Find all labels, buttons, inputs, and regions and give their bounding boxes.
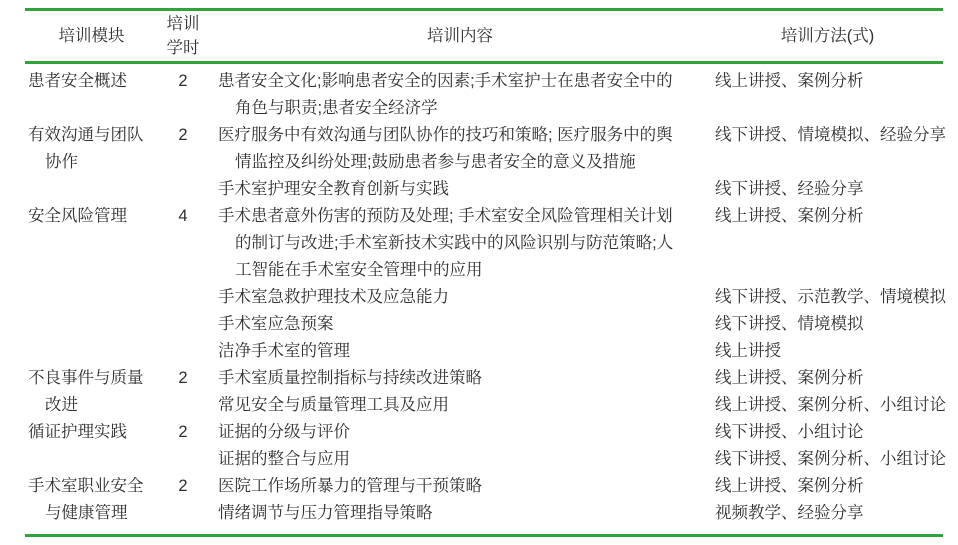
hours-cell: 2: [158, 122, 208, 149]
content-item-row: 常见安全与质量管理工具及应用线上讲授、案例分析、小组讨论: [208, 392, 943, 419]
content-line: 工智能在手术室安全管理中的应用: [218, 257, 712, 284]
table-header-row: 培训模块 培训 学时 培训内容 培训方法(式): [25, 11, 943, 61]
module-items: 手术室质量控制指标与持续改进策略线上讲授、案例分析常见安全与质量管理工具及应用线…: [208, 365, 943, 419]
content-item-row: 手术室质量控制指标与持续改进策略线上讲授、案例分析: [208, 365, 943, 392]
method-cell: 线下讲授、示范教学、情境模拟: [712, 284, 943, 311]
content-cell: 医疗服务中有效沟通与团队协作的技巧和策略; 医疗服务中的舆情监控及纠纷处理;鼓励…: [208, 122, 712, 176]
table-bottom-rule: [25, 534, 943, 537]
col-header-module: 培训模块: [25, 24, 158, 48]
module-name-line: 与健康管理: [28, 500, 158, 527]
content-item-row: 医疗服务中有效沟通与团队协作的技巧和策略; 医疗服务中的舆情监控及纠纷处理;鼓励…: [208, 122, 943, 176]
module-row: 患者安全概述2患者安全文化;影响患者安全的因素;手术室护士在患者安全中的角色与职…: [25, 68, 943, 122]
col-header-content: 培训内容: [208, 24, 712, 48]
module-cell: 手术室职业安全与健康管理: [25, 473, 158, 527]
method-value: 线下讲授、情境模拟、经验分享: [715, 122, 943, 149]
content-line: 手术室质量控制指标与持续改进策略: [218, 365, 712, 392]
col-header-content-label: 培训内容: [427, 24, 493, 48]
module-name-line: 安全风险管理: [28, 203, 158, 230]
method-value: 线上讲授、案例分析: [715, 203, 943, 230]
content-line: 常见安全与质量管理工具及应用: [218, 392, 712, 419]
method-value: 线上讲授、案例分析: [715, 365, 943, 392]
method-cell: 线下讲授、经验分享: [712, 176, 943, 203]
method-cell: 线上讲授、案例分析、小组讨论: [712, 392, 943, 419]
method-cell: 线上讲授、案例分析: [712, 365, 943, 392]
content-item-row: 证据的整合与应用线下讲授、案例分析、小组讨论: [208, 446, 943, 473]
module-name-line: 有效沟通与团队: [28, 122, 158, 149]
hours-cell: 2: [158, 419, 208, 446]
content-item-row: 洁净手术室的管理线上讲授: [208, 338, 943, 365]
module-items: 手术患者意外伤害的预防及处理; 手术室安全风险管理相关计划的制订与改进;手术室新…: [208, 203, 943, 365]
content-cell: 手术室急救护理技术及应急能力: [208, 284, 712, 311]
module-row: 不良事件与质量改进2手术室质量控制指标与持续改进策略线上讲授、案例分析常见安全与…: [25, 365, 943, 419]
content-cell: 手术室质量控制指标与持续改进策略: [208, 365, 712, 392]
hours-value: 2: [158, 473, 208, 500]
module-cell: 不良事件与质量改进: [25, 365, 158, 419]
content-cell: 证据的分级与评价: [208, 419, 712, 446]
method-value: 线下讲授、经验分享: [715, 176, 943, 203]
method-cell: 线上讲授、案例分析: [712, 203, 943, 230]
method-cell: 线下讲授、案例分析、小组讨论: [712, 446, 943, 473]
content-cell: 手术室护理安全教育创新与实践: [208, 176, 712, 203]
content-cell: 证据的整合与应用: [208, 446, 712, 473]
hours-cell: 2: [158, 473, 208, 500]
hours-value: 2: [158, 68, 208, 95]
module-row: 安全风险管理4手术患者意外伤害的预防及处理; 手术室安全风险管理相关计划的制订与…: [25, 203, 943, 365]
module-name-line: 协作: [28, 149, 158, 176]
module-name-line: 手术室职业安全: [28, 473, 158, 500]
method-cell: 视频教学、经验分享: [712, 500, 943, 527]
module-row: 手术室职业安全与健康管理2医院工作场所暴力的管理与干预策略线上讲授、案例分析情绪…: [25, 473, 943, 527]
content-line: 手术室应急预案: [218, 311, 712, 338]
content-cell: 患者安全文化;影响患者安全的因素;手术室护士在患者安全中的角色与职责;患者安全经…: [208, 68, 712, 122]
hours-value: 4: [158, 203, 208, 230]
hours-value: 2: [158, 365, 208, 392]
module-name-line: 患者安全概述: [28, 68, 158, 95]
col-header-method: 培训方法(式): [712, 24, 943, 48]
method-cell: 线下讲授、情境模拟: [712, 311, 943, 338]
content-line: 情监控及纠纷处理;鼓励患者参与患者安全的意义及措施: [218, 149, 712, 176]
content-line: 证据的分级与评价: [218, 419, 712, 446]
content-item-row: 手术室护理安全教育创新与实践线下讲授、经验分享: [208, 176, 943, 203]
content-item-row: 情绪调节与压力管理指导策略视频教学、经验分享: [208, 500, 943, 527]
module-cell: 循证护理实践: [25, 419, 158, 446]
module-items: 证据的分级与评价线下讲授、小组讨论证据的整合与应用线下讲授、案例分析、小组讨论: [208, 419, 943, 473]
module-cell: 安全风险管理: [25, 203, 158, 230]
hours-cell: 2: [158, 365, 208, 392]
method-value: 线下讲授、小组讨论: [715, 419, 943, 446]
module-row: 有效沟通与团队协作2医疗服务中有效沟通与团队协作的技巧和策略; 医疗服务中的舆情…: [25, 122, 943, 203]
col-header-module-label: 培训模块: [59, 24, 125, 48]
module-cell: 患者安全概述: [25, 68, 158, 95]
content-item-row: 手术室应急预案线下讲授、情境模拟: [208, 311, 943, 338]
method-value: 线上讲授: [715, 338, 943, 365]
hours-value: 2: [158, 122, 208, 149]
content-line: 情绪调节与压力管理指导策略: [218, 500, 712, 527]
method-value: 线上讲授、案例分析、小组讨论: [715, 392, 943, 419]
module-name-line: 循证护理实践: [28, 419, 158, 446]
method-cell: 线上讲授、案例分析: [712, 68, 943, 95]
content-item-row: 手术患者意外伤害的预防及处理; 手术室安全风险管理相关计划的制订与改进;手术室新…: [208, 203, 943, 284]
content-line: 证据的整合与应用: [218, 446, 712, 473]
col-header-hours-line2: 学时: [167, 36, 200, 60]
content-line: 手术患者意外伤害的预防及处理; 手术室安全风险管理相关计划: [218, 203, 712, 230]
hours-cell: 4: [158, 203, 208, 230]
module-items: 医院工作场所暴力的管理与干预策略线上讲授、案例分析情绪调节与压力管理指导策略视频…: [208, 473, 943, 527]
table-body: 患者安全概述2患者安全文化;影响患者安全的因素;手术室护士在患者安全中的角色与职…: [25, 64, 943, 534]
method-cell: 线上讲授、案例分析: [712, 473, 943, 500]
content-cell: 洁净手术室的管理: [208, 338, 712, 365]
module-items: 患者安全文化;影响患者安全的因素;手术室护士在患者安全中的角色与职责;患者安全经…: [208, 68, 943, 122]
content-line: 的制订与改进;手术室新技术实践中的风险识别与防范策略;人: [218, 230, 712, 257]
method-cell: 线下讲授、小组讨论: [712, 419, 943, 446]
method-cell: 线上讲授: [712, 338, 943, 365]
training-curriculum-table: 培训模块 培训 学时 培训内容 培训方法(式) 患者安全概述2患者安全文化;影响…: [25, 8, 943, 537]
content-cell: 医院工作场所暴力的管理与干预策略: [208, 473, 712, 500]
method-value: 线上讲授、案例分析: [715, 68, 943, 95]
method-value: 线上讲授、案例分析: [715, 473, 943, 500]
content-cell: 手术患者意外伤害的预防及处理; 手术室安全风险管理相关计划的制订与改进;手术室新…: [208, 203, 712, 284]
content-line: 洁净手术室的管理: [218, 338, 712, 365]
module-name-line: 不良事件与质量: [28, 365, 158, 392]
content-item-row: 医院工作场所暴力的管理与干预策略线上讲授、案例分析: [208, 473, 943, 500]
module-name-line: 改进: [28, 392, 158, 419]
method-cell: 线下讲授、情境模拟、经验分享: [712, 122, 943, 149]
col-header-method-label: 培训方法(式): [781, 24, 875, 48]
col-header-hours-line1: 培训: [167, 12, 200, 36]
col-header-hours: 培训 学时: [158, 12, 208, 60]
module-cell: 有效沟通与团队协作: [25, 122, 158, 176]
content-line: 手术室急救护理技术及应急能力: [218, 284, 712, 311]
method-value: 视频教学、经验分享: [715, 500, 943, 527]
content-line: 患者安全文化;影响患者安全的因素;手术室护士在患者安全中的: [218, 68, 712, 95]
hours-value: 2: [158, 419, 208, 446]
content-cell: 常见安全与质量管理工具及应用: [208, 392, 712, 419]
content-line: 医院工作场所暴力的管理与干预策略: [218, 473, 712, 500]
content-cell: 情绪调节与压力管理指导策略: [208, 500, 712, 527]
content-item-row: 手术室急救护理技术及应急能力线下讲授、示范教学、情境模拟: [208, 284, 943, 311]
module-row: 循证护理实践2证据的分级与评价线下讲授、小组讨论证据的整合与应用线下讲授、案例分…: [25, 419, 943, 473]
content-cell: 手术室应急预案: [208, 311, 712, 338]
module-items: 医疗服务中有效沟通与团队协作的技巧和策略; 医疗服务中的舆情监控及纠纷处理;鼓励…: [208, 122, 943, 203]
method-value: 线下讲授、情境模拟: [715, 311, 943, 338]
content-line: 角色与职责;患者安全经济学: [218, 95, 712, 122]
method-value: 线下讲授、示范教学、情境模拟: [715, 284, 943, 311]
hours-cell: 2: [158, 68, 208, 95]
content-item-row: 患者安全文化;影响患者安全的因素;手术室护士在患者安全中的角色与职责;患者安全经…: [208, 68, 943, 122]
content-item-row: 证据的分级与评价线下讲授、小组讨论: [208, 419, 943, 446]
method-value: 线下讲授、案例分析、小组讨论: [715, 446, 943, 473]
content-line: 手术室护理安全教育创新与实践: [218, 176, 712, 203]
content-line: 医疗服务中有效沟通与团队协作的技巧和策略; 医疗服务中的舆: [218, 122, 712, 149]
